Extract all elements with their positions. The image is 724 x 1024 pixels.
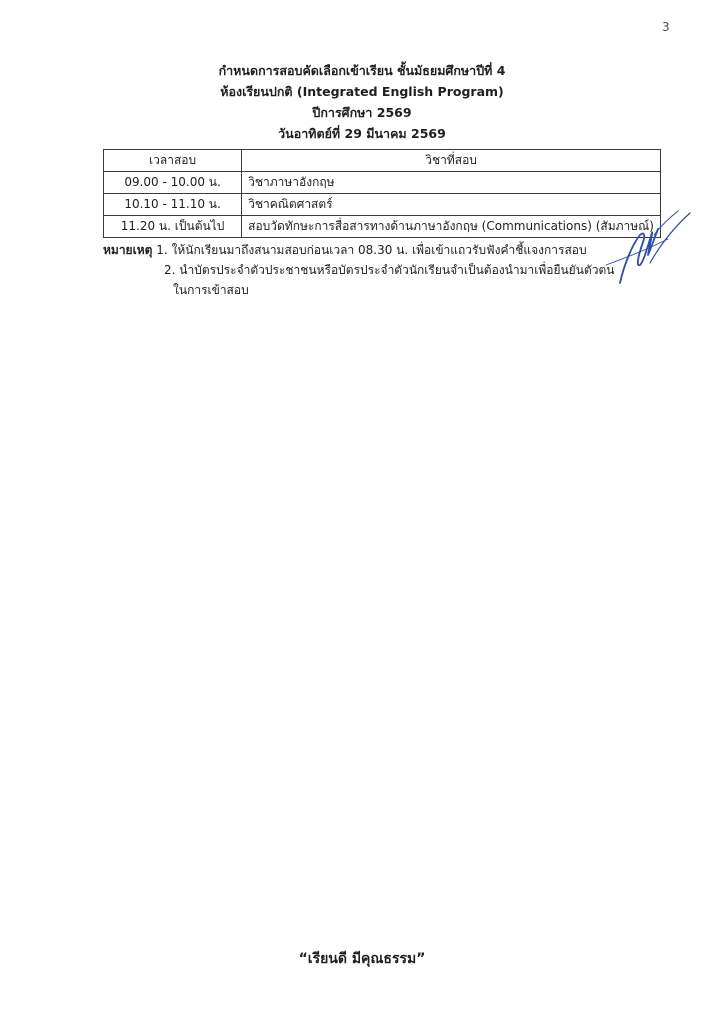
- exam-schedule-table: เวลาสอบ วิชาที่สอบ 09.00 - 10.00 น. วิชา…: [103, 149, 661, 238]
- title-line-3: ปีการศึกษา 2569: [0, 102, 724, 123]
- exam-subject: วิชาภาษาอังกฤษ: [242, 172, 661, 194]
- header-exam-time: เวลาสอบ: [104, 150, 242, 172]
- document-title: กำหนดการสอบคัดเลือกเข้าเรียน ชั้นมัธยมศึ…: [0, 60, 724, 144]
- table-row: 11.20 น. เป็นต้นไป สอบวัดทักษะการสื่อสาร…: [104, 216, 661, 238]
- note-item: 2. นำบัตรประจำตัวประชาชนหรือบัตรประจำตัว…: [103, 260, 614, 280]
- signature-icon: [598, 205, 698, 300]
- note-item: หมายเหตุ 1. ให้นักเรียนมาถึงสนามสอบก่อนเ…: [103, 240, 614, 260]
- note-item-continuation: ในการเข้าสอบ: [103, 280, 614, 300]
- title-line-1: กำหนดการสอบคัดเลือกเข้าเรียน ชั้นมัธยมศึ…: [0, 60, 724, 81]
- title-line-2: ห้องเรียนปกติ (Integrated English Progra…: [0, 81, 724, 102]
- note-text: 2. นำบัตรประจำตัวประชาชนหรือบัตรประจำตัว…: [164, 263, 614, 277]
- page-number: 3: [662, 20, 670, 34]
- header-exam-subject: วิชาที่สอบ: [242, 150, 661, 172]
- table-header-row: เวลาสอบ วิชาที่สอบ: [104, 150, 661, 172]
- table-row: 09.00 - 10.00 น. วิชาภาษาอังกฤษ: [104, 172, 661, 194]
- notes-section: หมายเหตุ 1. ให้นักเรียนมาถึงสนามสอบก่อนเ…: [103, 240, 614, 300]
- exam-time: 10.10 - 11.10 น.: [104, 194, 242, 216]
- table-row: 10.10 - 11.10 น. วิชาคณิตศาสตร์: [104, 194, 661, 216]
- notes-label: หมายเหตุ: [103, 243, 152, 257]
- exam-time: 11.20 น. เป็นต้นไป: [104, 216, 242, 238]
- note-text: ในการเข้าสอบ: [173, 283, 249, 297]
- exam-time: 09.00 - 10.00 น.: [104, 172, 242, 194]
- footer-motto: “เรียนดี มีคุณธรรม”: [0, 948, 724, 970]
- note-text: 1. ให้นักเรียนมาถึงสนามสอบก่อนเวลา 08.30…: [156, 243, 586, 257]
- title-line-4: วันอาทิตย์ที่ 29 มีนาคม 2569: [0, 123, 724, 144]
